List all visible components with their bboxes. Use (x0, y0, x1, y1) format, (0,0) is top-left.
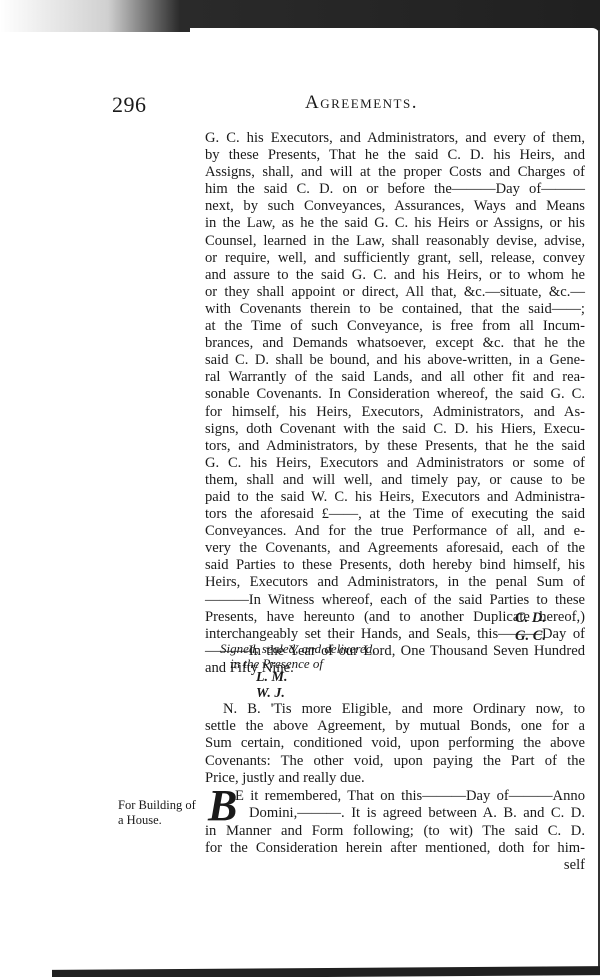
body-line: them, shall and will well, and timely pa… (205, 472, 585, 489)
section2-line: Domini,———. It is agreed between A. B. a… (205, 805, 585, 822)
body-line: said Parties to these Presents, doth her… (205, 557, 585, 574)
section2-line: for the Consideration herein after menti… (205, 840, 585, 857)
running-head: Agreements. (305, 92, 418, 114)
section2-line: in Manner and Form following; (to wit) T… (205, 823, 585, 840)
body-line: in the Law, as he the said G. C. his Hei… (205, 215, 585, 232)
signature-party-2: G. C. (515, 628, 546, 645)
body-line: sonable Covenants. In Consideration wher… (205, 386, 585, 403)
body-line: for himself, his Heirs, Executors, Admin… (205, 404, 585, 421)
body-line: at the Time of such Conveyance, is free … (205, 318, 585, 335)
margin-note-line-2: a House. (118, 813, 196, 828)
body-line: with Covenants therein to be contained, … (205, 301, 585, 318)
margin-note: For Building of a House. (118, 798, 196, 828)
body-line: very the Covenants, and Agreements afore… (205, 540, 585, 557)
page-top-edge (190, 28, 600, 36)
body-line: tors, and Administrators, by these Prese… (205, 438, 585, 455)
body-line: or they shall appoint or direct, All tha… (205, 284, 585, 301)
catchword: self (205, 857, 585, 874)
body-line: Assigns, shall, and will at the proper C… (205, 164, 585, 181)
nb-line: Sum certain, conditioned void, upon perf… (205, 735, 585, 752)
body-line: tors the aforesaid £——, at the Time of e… (205, 506, 585, 523)
nb-line: N. B. 'Tis more Eligible, and more Ordin… (205, 701, 585, 718)
body-line: ral Warrantly of the said Lands, and all… (205, 369, 585, 386)
body-line: Heirs, Executors and Administrators, in … (205, 574, 585, 591)
body-line: said C. D. shall be bound, and his above… (205, 352, 585, 369)
page-number: 296 (112, 92, 147, 118)
body-line: brances, and Demands whatsoever, except … (205, 335, 585, 352)
body-line: Counsel, learned in the Law, shall reaso… (205, 233, 585, 250)
body-line: by these Presents, That he the said C. D… (205, 147, 585, 164)
section2-line: E it remembered, That on this———Day of——… (205, 788, 585, 805)
body-line: G. C. his Heirs, Executors and Administr… (205, 455, 585, 472)
body-line: ———In Witness whereof, each of the said … (205, 592, 585, 609)
body-line: or require, well, and sufficiently grant… (205, 250, 585, 267)
witness-name-1: L. M. (256, 670, 288, 686)
nota-bene: N. B. 'Tis more Eligible, and more Ordin… (205, 701, 585, 787)
nb-line: Covenants: The other void, upon paying t… (205, 753, 585, 770)
body-line: G. C. his Executors, and Administrators,… (205, 130, 585, 147)
body-line: and assure to the said G. C. and his Hei… (205, 267, 585, 284)
nb-line: settle the above Agreement, by mutual Bo… (205, 718, 585, 735)
building-agreement-text: E it remembered, That on this———Day of——… (205, 788, 585, 874)
body-line: signs, doth Covenant with the said C. D.… (205, 421, 585, 438)
witness-clause-line-1: Signed, sealed, and delivered, (220, 641, 375, 657)
body-line: Conveyances. And for the true Performanc… (205, 523, 585, 540)
body-line: next, by such Conveyances, Assurances, W… (205, 198, 585, 215)
scan-shadow-bottom (52, 966, 600, 977)
margin-note-line-1: For Building of (118, 798, 196, 813)
agreement-body: G. C. his Executors, and Administrators,… (205, 130, 585, 677)
body-line: him the said C. D. on or before the———Da… (205, 181, 585, 198)
signature-party-1: C. D. (515, 610, 546, 627)
witness-name-2: W. J. (256, 686, 285, 702)
body-line: paid to the said W. C. his Heirs, Execut… (205, 489, 585, 506)
nb-line: Price, justly and really due. (205, 770, 585, 787)
